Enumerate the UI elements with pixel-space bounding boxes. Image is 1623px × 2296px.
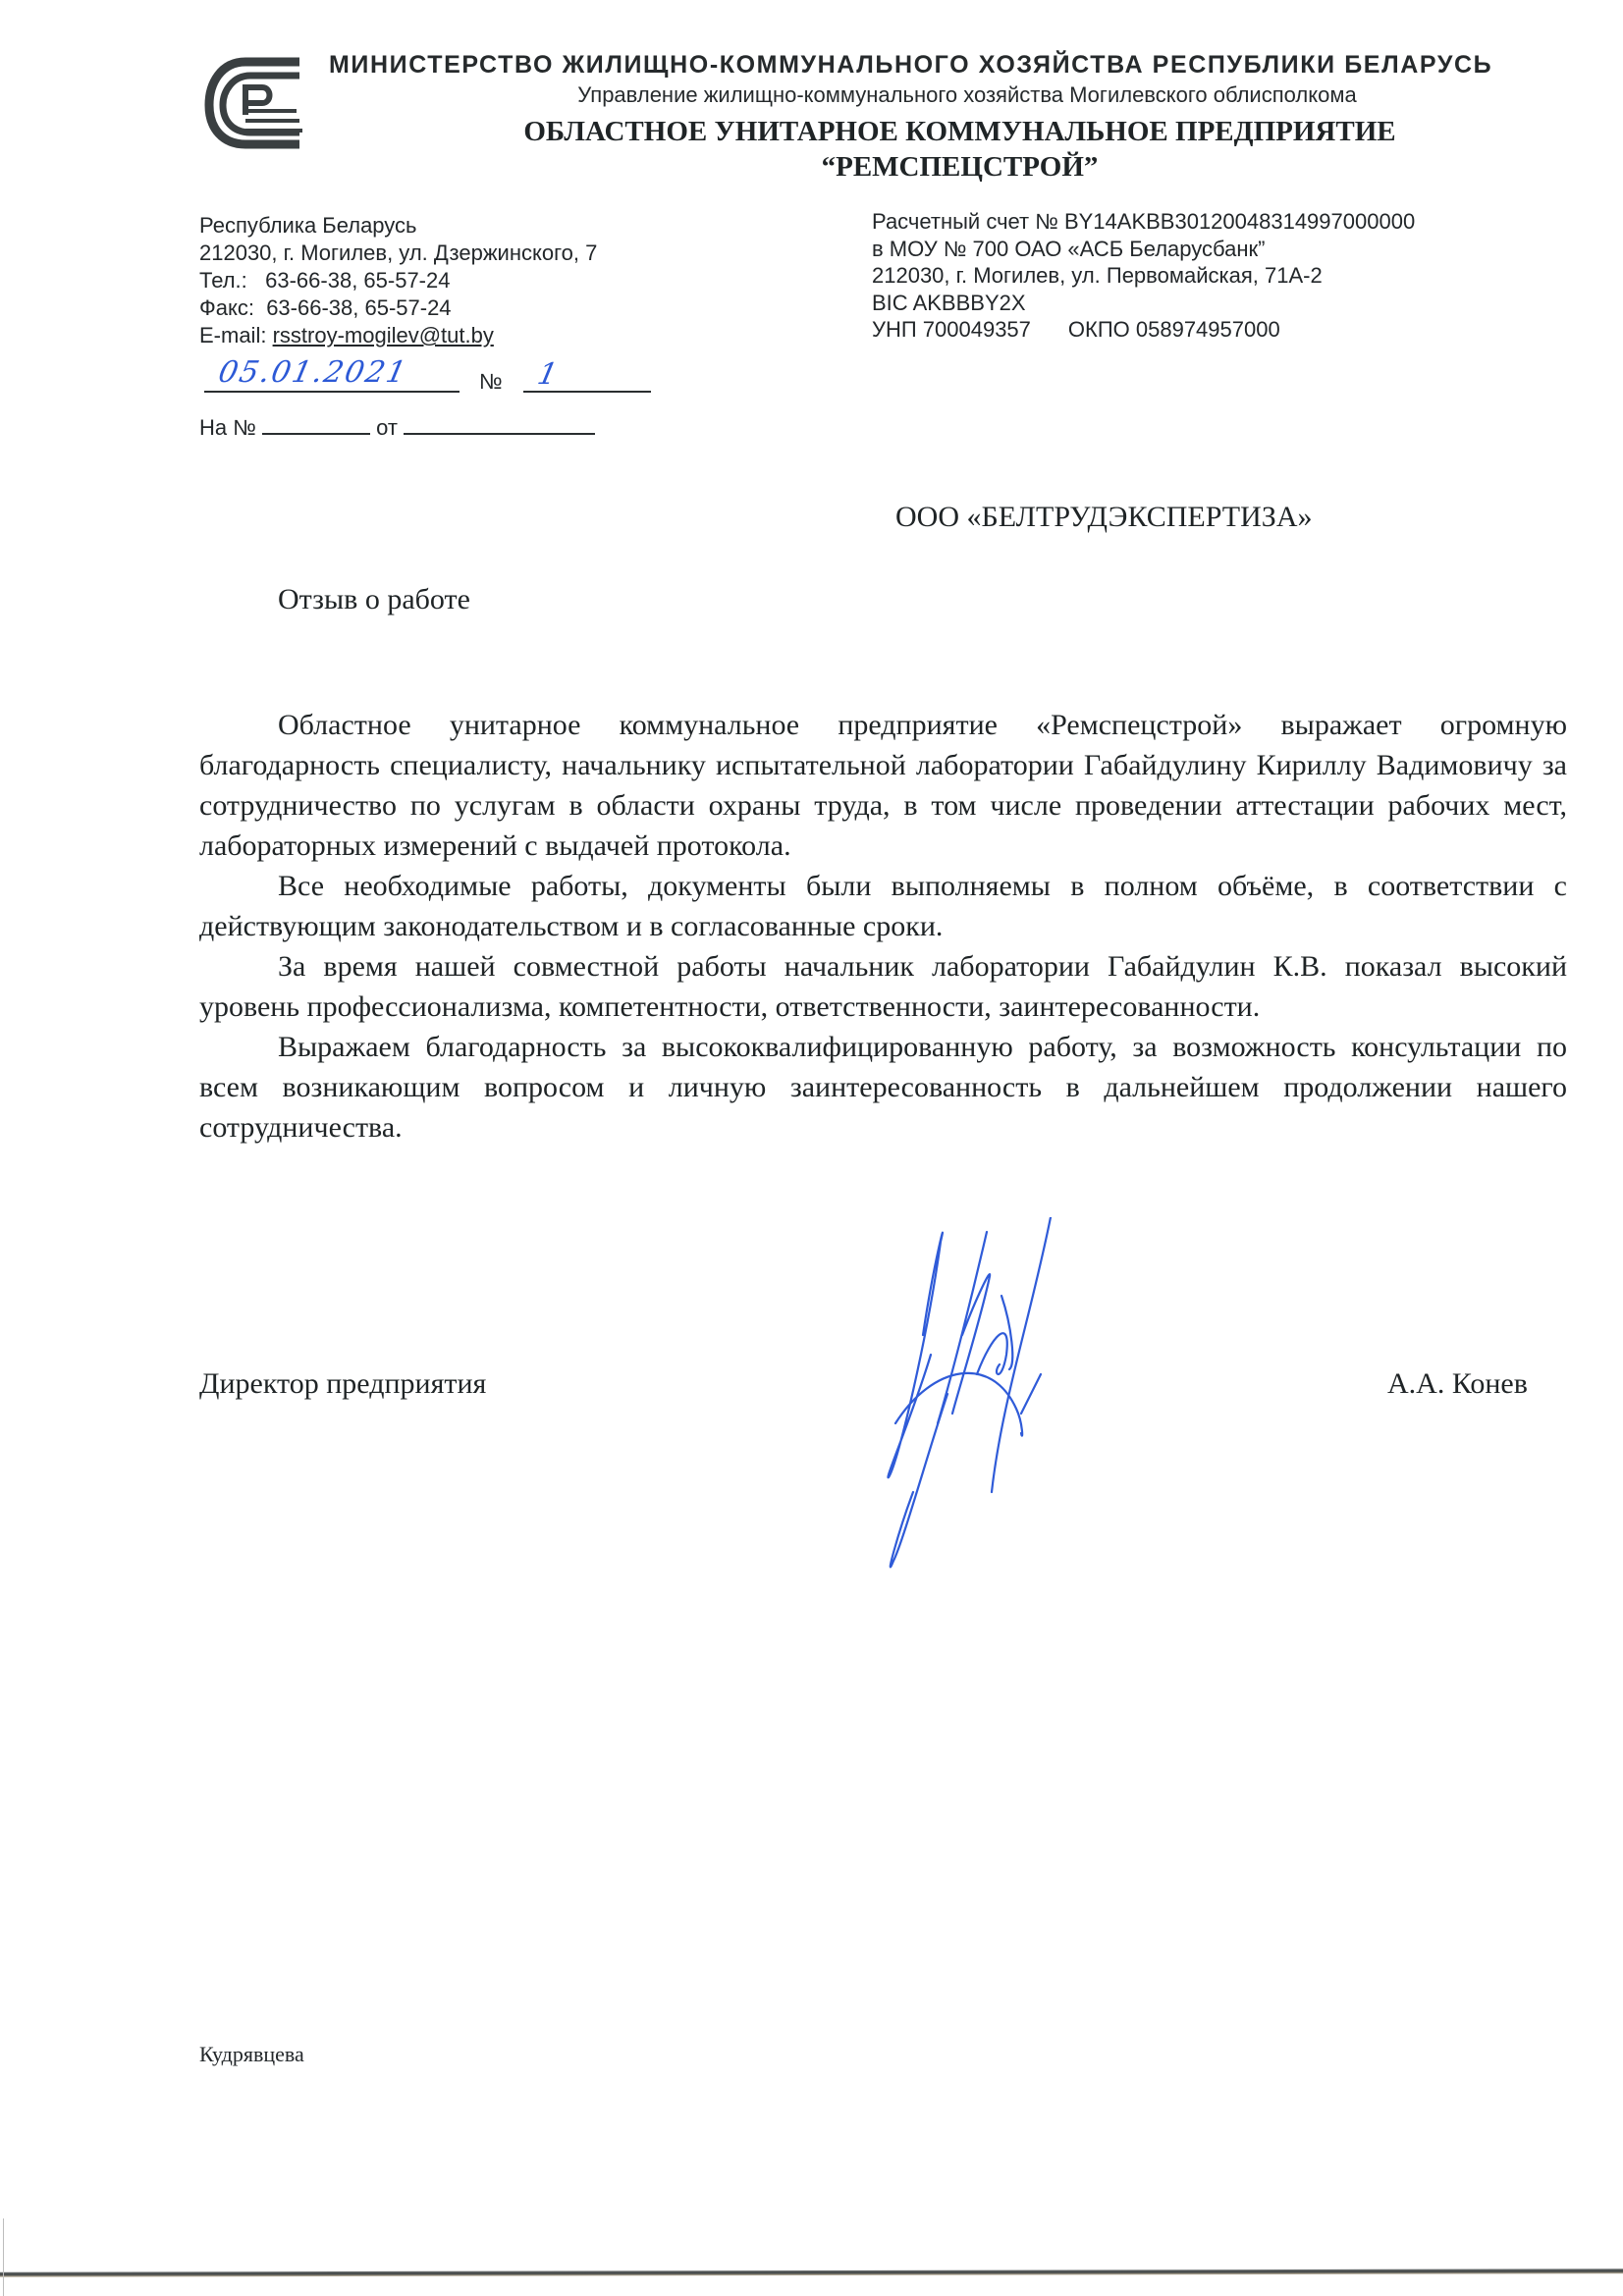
- sender-country: Республика Беларусь: [199, 212, 597, 240]
- sender-fax: Факс: 63-66-38, 65-57-24: [199, 294, 597, 322]
- organization-name: ОБЛАСТНОЕ УНИТАРНОЕ КОММУНАЛЬНОЕ ПРЕДПРИ…: [329, 116, 1546, 148]
- executor-name: Кудрявцева: [199, 2042, 304, 2067]
- date-underline: [204, 391, 460, 393]
- bank-requisites: Расчетный счет № BY14AKBB301200483149970…: [872, 208, 1415, 344]
- number-label: №: [479, 369, 503, 395]
- okpo: ОКПО 058974957000: [1068, 317, 1280, 342]
- tax-ids: УНП 700049357ОКПО 058974957000: [872, 316, 1415, 344]
- addressee: ООО «БЕЛТРУДЭКСПЕРТИЗА»: [895, 501, 1312, 534]
- bank-address: 212030, г. Могилев, ул. Первомайская, 71…: [872, 262, 1415, 290]
- body-paragraph: Выражаем благодарность за высококвалифиц…: [199, 1027, 1567, 1148]
- unp: УНП 700049357: [872, 317, 1031, 342]
- sender-phone: Тел.: 63-66-38, 65-57-24: [199, 267, 597, 294]
- company-logo-icon: [201, 54, 309, 152]
- body-paragraph: Все необходимые работы, документы были в…: [199, 866, 1567, 946]
- letter-body: Областное унитарное коммунальное предпри…: [199, 705, 1567, 1148]
- email-link[interactable]: rsstroy-mogilev@tut.by: [273, 323, 494, 347]
- sender-address: 212030, г. Могилев, ул. Дзержинского, 7: [199, 240, 597, 267]
- handwritten-date: 05.01.2021: [215, 355, 410, 390]
- scan-left-edge: [3, 2218, 4, 2296]
- handwritten-number: 1: [534, 357, 561, 392]
- signatory-title: Директор предприятия: [199, 1367, 486, 1401]
- bank-account: Расчетный счет № BY14AKBB301200483149970…: [872, 208, 1415, 236]
- bank-name: в МОУ № 700 ОАО «АСБ Беларусбанк”: [872, 236, 1415, 263]
- incoming-reference: На № от: [199, 415, 595, 441]
- letter-subject: Отзыв о работе: [278, 583, 470, 616]
- handwritten-signature-icon: [844, 1217, 1237, 1590]
- ref-from-label: от: [376, 415, 398, 440]
- body-paragraph: Областное унитарное коммунальное предпри…: [199, 705, 1567, 866]
- fax-label: Факс:: [199, 295, 254, 320]
- bank-bic: BIC AKBBBY2X: [872, 290, 1415, 317]
- phone-label: Тел.:: [199, 268, 247, 293]
- ref-date-blank: [404, 417, 595, 435]
- phone-value: 63-66-38, 65-57-24: [265, 268, 450, 293]
- sender-email: E-mail: rsstroy-mogilev@tut.by: [199, 322, 597, 349]
- outgoing-registration: 05.01.2021 № 1: [199, 361, 651, 397]
- sender-contacts: Республика Беларусь 212030, г. Могилев, …: [199, 212, 597, 349]
- ref-number-blank: [262, 417, 370, 435]
- body-paragraph: За время нашей совместной работы начальн…: [199, 946, 1567, 1027]
- organization-brand: “РЕМСПЕЦСТРОЙ”: [329, 151, 1546, 184]
- fax-value: 63-66-38, 65-57-24: [266, 295, 451, 320]
- department-name: Управление жилищно-коммунального хозяйст…: [329, 82, 1546, 108]
- ministry-name: МИНИСТЕРСТВО ЖИЛИЩНО-КОММУНАЛЬНОГО ХОЗЯЙ…: [329, 51, 1546, 80]
- signatory-name: А.А. Конев: [1387, 1367, 1528, 1401]
- email-label: E-mail:: [199, 323, 266, 347]
- ref-number-label: На №: [199, 415, 256, 440]
- scan-edge-divider: [0, 2269, 1623, 2276]
